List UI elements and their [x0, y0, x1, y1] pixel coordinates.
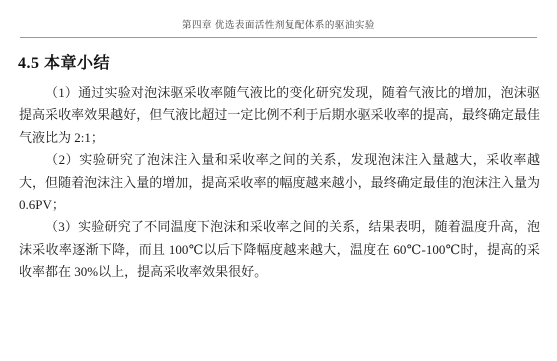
section-heading: 4.5 本章小结 — [18, 50, 110, 73]
running-header: 第四章 优选表面活性剂复配体系的驱油实验 — [0, 17, 557, 31]
paragraph-2: （2）实验研究了泡沫注入量和采收率之间的关系，发现泡沫注入量越大，采收率越大，但… — [19, 149, 540, 216]
header-rule — [20, 37, 537, 38]
document-page: 第四章 优选表面活性剂复配体系的驱油实验 4.5 本章小结 （1）通过实验对泡沫… — [0, 0, 557, 361]
paragraph-1: （1）通过实验对泡沫驱采收率随气液比的变化研究发现，随着气液比的增加，泡沫驱提高… — [19, 82, 540, 149]
body-text: （1）通过实验对泡沫驱采收率随气液比的变化研究发现，随着气液比的增加，泡沫驱提高… — [19, 82, 540, 284]
paragraph-3: （3）实验研究了不同温度下泡沫和采收率之间的关系，结果表明，随着温度升高，泡沫采… — [19, 216, 540, 283]
